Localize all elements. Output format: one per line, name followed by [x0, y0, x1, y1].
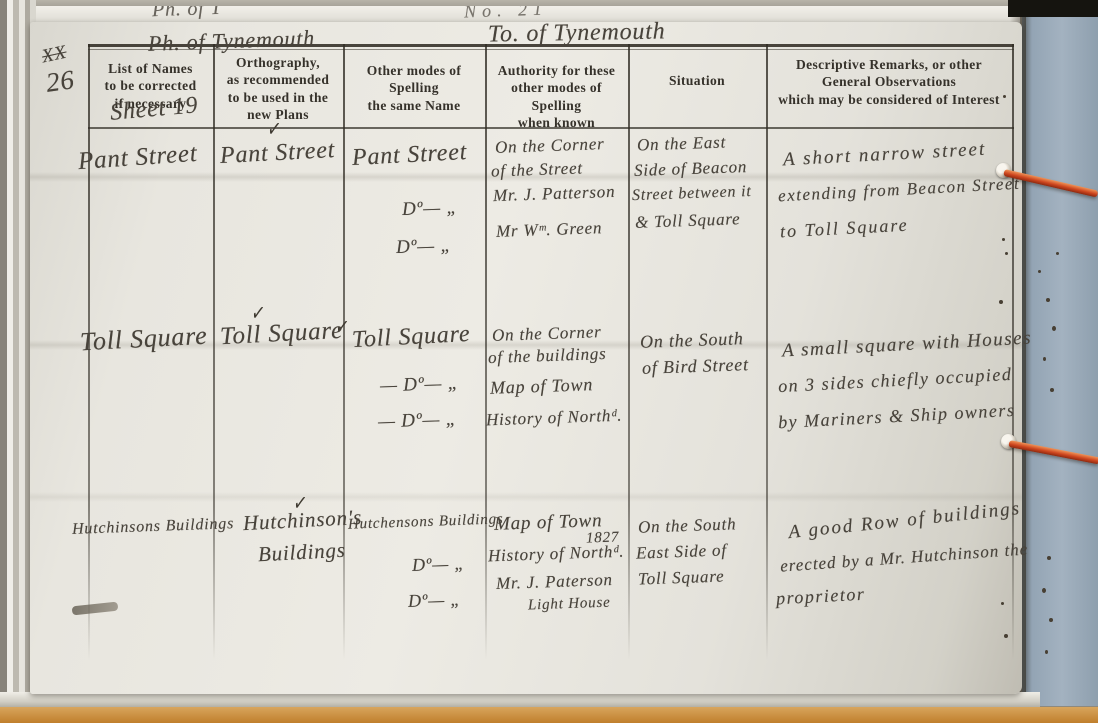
photo-corner-dark — [1008, 0, 1098, 17]
entry-remarks-line: erected by a Mr. Hutchinson the — [780, 539, 1029, 576]
entry-remarks-line: proprietor — [776, 584, 866, 610]
ink-smudge — [72, 602, 119, 616]
entry-authority-line: Mr Wᵐ. Green — [496, 218, 603, 242]
scanned-register-photo: Ph. of T No. 21 List of Names to be corr… — [0, 0, 1098, 723]
stab-hole — [1002, 238, 1005, 241]
column-header-remarks: Descriptive Remarks, or other General Ob… — [766, 56, 1012, 108]
register-page: List of Names to be corrected if necessa… — [30, 22, 1022, 694]
binding-hole — [1038, 270, 1041, 273]
ditto-mark: Dº— „ — [412, 553, 466, 576]
entry-situation-line: On the South — [640, 328, 744, 353]
column-header-orthography: Orthography, as recommended to be used i… — [213, 54, 343, 123]
entry-orthography: Pant Street — [219, 137, 335, 170]
column-rule-3 — [485, 44, 487, 660]
entry-situation-line: Toll Square — [638, 566, 725, 589]
binding-hole — [1049, 618, 1053, 622]
entry-remarks-line: A small square with Houses — [782, 327, 1033, 362]
entry-authority-line: Mr. J. Paterson — [496, 570, 613, 594]
entry-situation-line: On the East — [637, 132, 727, 155]
entry-name: Pant Street — [77, 140, 198, 176]
entry-authority-line: Map of Town — [490, 374, 594, 399]
binding-hole — [1050, 388, 1054, 392]
column-header-authority: Authority for these other modes of Spell… — [485, 62, 628, 131]
ditto-mark: — Dº— „ — [380, 373, 460, 398]
township-annotation: To. of Tynemouth — [488, 18, 666, 48]
table-right-rule — [1012, 44, 1014, 660]
column-rule-1 — [213, 44, 215, 660]
entry-orthography-line: Buildings — [257, 538, 346, 568]
entry-situation-line: of Bird Street — [642, 354, 750, 379]
entry-situation-line: & Toll Square — [635, 209, 741, 233]
binding-hole — [1047, 556, 1051, 560]
stab-hole — [1001, 602, 1004, 605]
page-number: 26 — [44, 64, 77, 99]
binding-hole — [1045, 650, 1048, 654]
binding-hole — [1046, 298, 1050, 302]
binding-hole — [1052, 326, 1056, 331]
entry-situation-line: East Side of — [636, 540, 727, 563]
ditto-mark: Dº— „ — [408, 589, 462, 612]
paper-crease — [30, 492, 1022, 502]
column-rule-4 — [628, 44, 630, 660]
entry-other-mode: Pant Street — [351, 139, 467, 172]
column-header-situation: Situation — [628, 72, 766, 89]
binding-hole — [1043, 357, 1046, 361]
stab-hole — [999, 300, 1003, 304]
entry-authority-line: Light House — [528, 595, 611, 615]
entry-name: Hutchinsons Buildings — [72, 515, 235, 539]
book-cover-right — [1022, 0, 1098, 706]
stab-hole — [1004, 634, 1008, 638]
entry-name: Toll Square — [79, 321, 208, 358]
entry-authority-line: History of Northᵈ. — [488, 542, 625, 567]
column-rule-2 — [343, 44, 345, 660]
entry-situation-line: Street between it — [632, 183, 752, 205]
entry-orthography-line: Hutchinson's — [242, 505, 362, 536]
ditto-mark: Dº— „ — [396, 235, 453, 259]
entry-authority-line: On the Corner — [495, 134, 605, 158]
column-rule-5 — [766, 44, 768, 660]
entry-remarks-line: A short narrow street — [783, 139, 987, 172]
entry-situation-line: Side of Beacon — [634, 157, 748, 181]
column-header-other-modes: Other modes of Spelling the same Name — [343, 62, 485, 114]
ditto-mark: Dº— „ — [402, 197, 459, 221]
entry-authority-line: of the buildings — [488, 344, 607, 368]
entry-authority-line: Mr. J. Patterson — [493, 182, 616, 206]
entry-remarks-line: by Mariners & Ship owners — [778, 400, 1016, 433]
entry-authority-line: History of Northᵈ. — [486, 406, 623, 431]
entry-other-mode: Hutchensons Buildings — [348, 511, 504, 533]
entry-authority-line: On the Corner — [492, 322, 602, 346]
entry-situation-line: On the South — [638, 514, 737, 537]
stab-hole — [1003, 95, 1006, 98]
entry-remarks-line: A good Row of buildings — [787, 498, 1022, 544]
table-surface — [0, 707, 1098, 723]
top-edge-writing-left: Ph. of T — [152, 6, 223, 22]
ditto-mark: — Dº— „ — [378, 409, 458, 434]
entry-remarks-line: on 3 sides chiefly occupied — [778, 364, 1013, 397]
entry-authority-line: of the Street — [491, 158, 584, 181]
binding-hole — [1056, 252, 1059, 255]
stab-hole — [1005, 252, 1008, 255]
entry-remarks-line: to Toll Square — [780, 215, 910, 243]
parish-annotation: Ph. of Tynemouth — [148, 25, 316, 57]
binding-hole — [1042, 588, 1046, 593]
